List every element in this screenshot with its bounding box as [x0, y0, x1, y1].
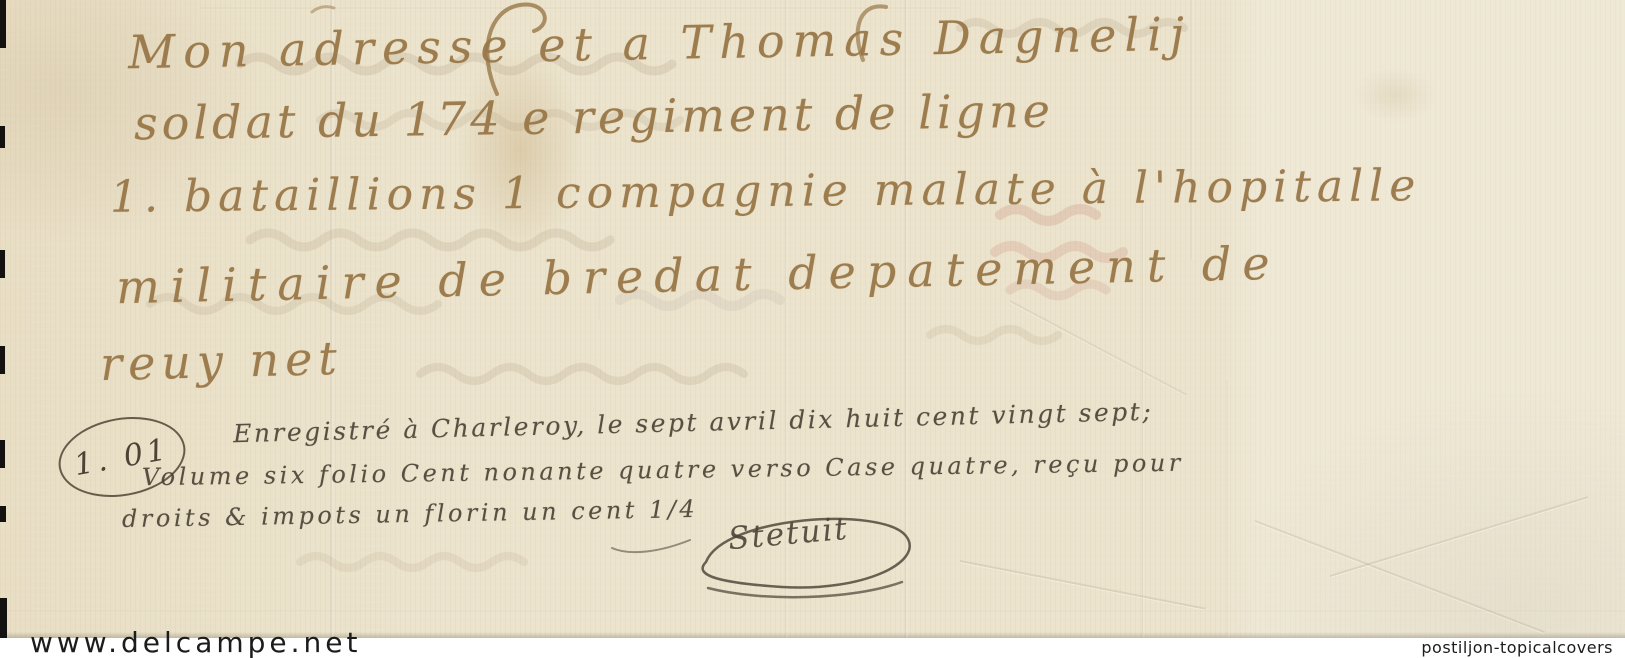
letter-line-2: soldat du 174 e regiment de ligne: [134, 88, 1054, 147]
scan-edge-artifact: [0, 0, 6, 48]
watermark-right: postiljon-topicalcovers: [1421, 640, 1613, 656]
scan-edge-artifact: [0, 440, 5, 468]
scan-edge-artifact: [0, 250, 5, 278]
scan-edge-artifact: [0, 506, 6, 522]
letter-line-3: 1. bataillions 1 compagnie malate à l'ho…: [110, 164, 1422, 219]
scanned-letter: Mon adresse et a Thomas Dagnelij soldat …: [0, 0, 1625, 658]
watermark-left: www.delcampe.net: [30, 629, 362, 657]
scan-edge-artifact: [0, 598, 7, 638]
letter-line-5: reuy net: [99, 335, 343, 387]
scan-edge-artifact: [0, 126, 5, 148]
scan-edge-artifact: [0, 346, 5, 374]
